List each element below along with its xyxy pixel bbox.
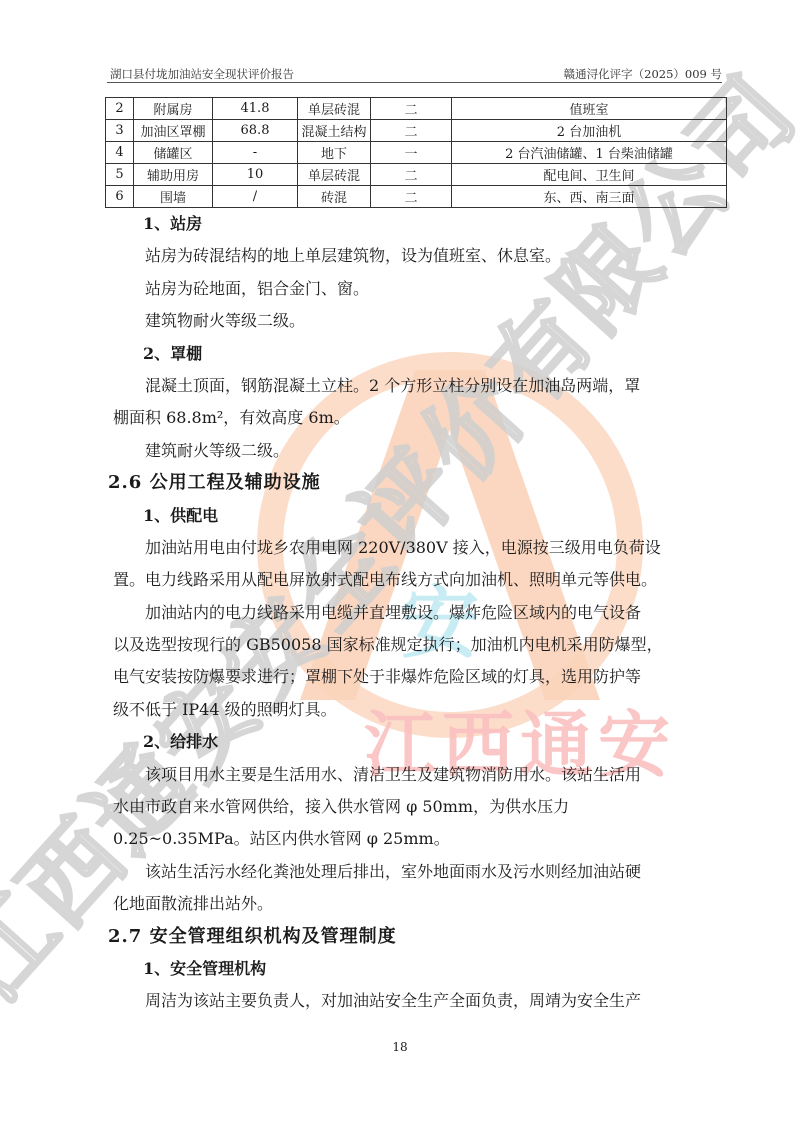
paragraph: 站房为砼地面，铝合金门、窗。: [113, 273, 728, 305]
cell-structure: 单层砖混: [298, 164, 371, 186]
table-row: 3 加油区罩棚 68.8 混凝土结构 二 2 台加油机: [106, 120, 727, 142]
cell-fire-rating: 二: [371, 164, 452, 186]
table-row: 5 辅助用房 10 单层砖混 二 配电间、卫生间: [106, 164, 727, 186]
cell-remark: 值班室: [452, 98, 727, 120]
paragraph-line: 级不低于 IP44 级的照明灯具。: [113, 694, 728, 726]
paragraph-line: 以及选型按现行的 GB50058 国家标准规定执行；加油机内电机采用防爆型，: [113, 629, 728, 661]
page-header: 湖口县付垅加油站安全现状评价报告 赣通浔化评字（2025）009 号: [107, 64, 722, 83]
cell-name: 围墙: [134, 186, 213, 208]
cell-remark: 2 台汽油储罐、1 台柴油储罐: [452, 142, 727, 164]
cell-name: 附属房: [134, 98, 213, 120]
cell-remark: 配电间、卫生间: [452, 164, 727, 186]
paragraph: 站房为砖混结构的地上单层建筑物，设为值班室、休息室。: [113, 240, 728, 272]
paragraph-line: 加油站用电由付垅乡农用电网 220V/380V 接入，电源按三级用电负荷设: [113, 532, 728, 564]
facility-table: 2 附属房 41.8 单层砖混 二 值班室 3 加油区罩棚 68.8 混凝土结构…: [105, 97, 727, 208]
paragraph-line: 该站生活污水经化粪池处理后排出，室外地面雨水及污水则经加油站硬: [113, 856, 728, 888]
cell-remark: 2 台加油机: [452, 120, 727, 142]
page-number: 18: [0, 1040, 800, 1054]
cell-remark: 东、西、南三面: [452, 186, 727, 208]
paragraph-line: 棚面积 68.8m²，有效高度 6m。: [113, 402, 728, 434]
paragraph-line: 置。电力线路采用从配电屏放射式配电布线方式向加油机、照明单元等供电。: [113, 564, 728, 596]
cell-fire-rating: 二: [371, 120, 452, 142]
heading-water-supply: 2、给排水: [113, 726, 728, 758]
heading-power-supply: 1、供配电: [113, 500, 728, 532]
paragraph-line: 化地面散流排出站外。: [113, 888, 728, 920]
report-number: 赣通浔化评字（2025）009 号: [564, 66, 722, 82]
cell-structure: 单层砖混: [298, 98, 371, 120]
paragraph-line: 0.25~0.35MPa。站区内供水管网 φ 25mm。: [113, 823, 728, 855]
cell-area: /: [213, 186, 298, 208]
paragraph-line: 加油站内的电力线路采用电缆并直埋敷设。爆炸危险区域内的电气设备: [113, 597, 728, 629]
heading-canopy: 2、罩棚: [113, 338, 728, 370]
cell-no: 6: [106, 186, 134, 208]
paragraph: 建筑耐火等级二级。: [113, 435, 728, 467]
paragraph-line: 该项目用水主要是生活用水、清洁卫生及建筑物消防用水。该站生活用: [113, 759, 728, 791]
cell-structure: 砖混: [298, 186, 371, 208]
paragraph-line: 混凝土顶面，钢筋混凝土立柱。2 个方形立柱分别设在加油岛两端，罩: [113, 370, 728, 402]
cell-fire-rating: 二: [371, 186, 452, 208]
cell-fire-rating: 二: [371, 98, 452, 120]
cell-name: 辅助用房: [134, 164, 213, 186]
report-title: 湖口县付垅加油站安全现状评价报告: [110, 66, 294, 82]
paragraph-line: 电气安装按防爆要求进行；罩棚下处于非爆炸危险区域的灯具，选用防护等: [113, 661, 728, 693]
cell-fire-rating: 一: [371, 142, 452, 164]
cell-area: 10: [213, 164, 298, 186]
cell-structure: 地下: [298, 142, 371, 164]
paragraph-line: 周洁为该站主要负责人，对加油站安全生产全面负责，周靖为安全生产: [113, 985, 728, 1017]
heading-station-house: 1、站房: [113, 208, 728, 240]
table-row: 6 围墙 / 砖混 二 东、西、南三面: [106, 186, 727, 208]
heading-safety-org: 1、安全管理机构: [113, 953, 728, 985]
cell-area: 68.8: [213, 120, 298, 142]
section-heading-2-6: 2.6 公用工程及辅助设施: [108, 467, 728, 499]
paragraph: 建筑物耐火等级二级。: [113, 305, 728, 337]
cell-no: 5: [106, 164, 134, 186]
cell-no: 4: [106, 142, 134, 164]
cell-area: 41.8: [213, 98, 298, 120]
cell-no: 2: [106, 98, 134, 120]
section-heading-2-7: 2.7 安全管理组织机构及管理制度: [108, 921, 728, 953]
table-row: 4 储罐区 - 地下 一 2 台汽油储罐、1 台柴油储罐: [106, 142, 727, 164]
cell-name: 加油区罩棚: [134, 120, 213, 142]
cell-area: -: [213, 142, 298, 164]
cell-name: 储罐区: [134, 142, 213, 164]
cell-no: 3: [106, 120, 134, 142]
table-row: 2 附属房 41.8 单层砖混 二 值班室: [106, 98, 727, 120]
document-body: 1、站房 站房为砖混结构的地上单层建筑物，设为值班室、休息室。 站房为砼地面，铝…: [113, 208, 728, 1018]
cell-structure: 混凝土结构: [298, 120, 371, 142]
paragraph-line: 水由市政自来水管网供给，接入供水管网 φ 50mm，为供水压力: [113, 791, 728, 823]
